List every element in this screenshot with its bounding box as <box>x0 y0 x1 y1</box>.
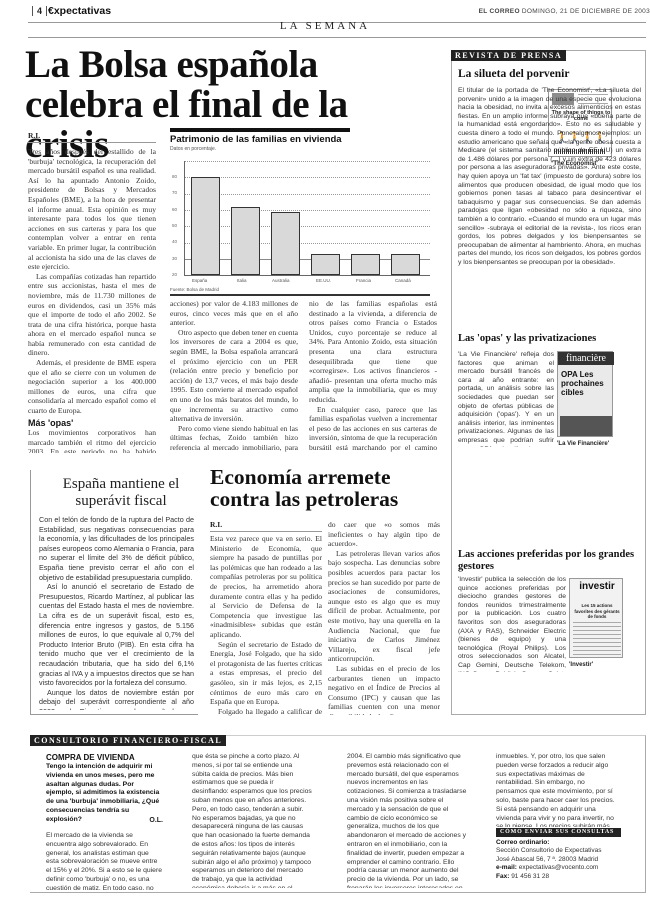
paragraph: acciones) por valor de 4.183 millones de… <box>170 299 298 328</box>
mail-label: Correo ordinario: <box>496 839 621 847</box>
lead-column-2: acciones) por valor de 4.183 millones de… <box>170 299 298 454</box>
mail-line-1: Sección Consultorio de Expectativas <box>496 847 621 855</box>
gridline <box>185 210 430 211</box>
investir-caption: 'Investir' <box>569 662 593 668</box>
press-item-3-headline: Las acciones preferidas por los grandes … <box>458 549 638 573</box>
fax-number: 91 456 31 28 <box>511 873 549 880</box>
y-axis-ticks: 80 70 60 50 40 30 20 <box>172 161 184 277</box>
thumb-columns <box>573 619 621 655</box>
email-row: e-mail: expectativas@vocento.com <box>496 864 621 872</box>
gridline <box>185 161 430 162</box>
x-tick: España <box>192 278 207 283</box>
gridline <box>185 226 430 227</box>
consultorio-answer-col-3: 2004. El cambio más significativo que pr… <box>347 753 467 888</box>
lead-byline: R.I. <box>28 131 156 143</box>
paragraph: Pero como viene siendo habitual en las ú… <box>170 424 298 454</box>
contact-block: CÓMO ENVIAR SUS CONSULTAS Correo ordinar… <box>496 828 621 881</box>
gridline <box>185 243 430 244</box>
consultorio-topic: COMPRA DE VIVIENDA <box>46 753 135 762</box>
x-axis-labels: España Italia Australia EE.UU. Francia C… <box>184 278 430 286</box>
press-item-1-text: El titular de la portada de 'The Economi… <box>458 87 641 327</box>
email-link[interactable]: expectativas@vocento.com <box>519 864 599 871</box>
y-tick: 40 <box>172 239 177 244</box>
consultorio-answer-col-2: que ésta se pinche a corto plazo. Al men… <box>192 753 312 888</box>
investir-cover-title: Les 15 actions favorites des gérants de … <box>573 603 621 620</box>
paragraph: Los movimientos corporativos han marcado… <box>28 428 156 453</box>
chart-top-rule <box>170 128 350 132</box>
superavit-body: Con el telón de fondo de la ruptura del … <box>39 515 194 710</box>
paragraph: Así lo anunció el secretario de Estado d… <box>39 582 194 688</box>
paragraph: Aunque los datos de noviembre están por … <box>39 688 194 710</box>
consultorio-kicker: CONSULTORIO FINANCIERO-FISCAL <box>30 735 226 746</box>
housing-wealth-chart: Patrimonio de las familias en vivienda D… <box>170 128 430 296</box>
paragraph: Folgado ha llegado a calificar de «irres… <box>210 707 322 716</box>
petroleras-byline: R.I. <box>210 520 322 532</box>
press-item-2-text: 'La Vie Financière' refleja dos factores… <box>458 351 554 447</box>
consultorio-question: Tengo la intención de adquirir mi vivien… <box>46 763 163 825</box>
publication-name: EL CORREO <box>479 8 520 15</box>
investir-cover-thumbnail: investir Les 15 actions favorites des gé… <box>569 578 623 658</box>
paragraph: Las compañías cotizadas han repartido en… <box>28 272 156 358</box>
paragraph: Las subidas en el precio de los carburan… <box>328 664 440 715</box>
petroleras-column-2: do caer que «o somos más ineficientes o … <box>328 520 440 715</box>
bar-francia <box>351 254 380 275</box>
petroleras-column-1: Esta vez parece que va en serio. El Mini… <box>210 534 322 716</box>
bar-espana <box>191 177 220 275</box>
chart-source: Fuente: Bolsa de Madrid <box>170 287 219 292</box>
bar-australia <box>271 212 300 275</box>
y-tick: 30 <box>172 256 177 261</box>
consultorio-answer-col-4: inmuebles. Y, por otro, los que salen pu… <box>496 753 616 827</box>
email-label: e-mail: <box>496 864 517 871</box>
consultorio-box: CONSULTORIO FINANCIERO-FISCAL COMPRA DE … <box>30 735 646 893</box>
paragraph: Según el secretario de Estado de Energía… <box>210 640 322 707</box>
paragraph: Con el telón de fondo de la ruptura del … <box>39 515 194 582</box>
fax-label: Fax: <box>496 873 509 880</box>
vie-financiere-cover-title: OPA Les prochaines cibles <box>561 370 611 397</box>
vie-financiere-caption: 'La Vie Financière' <box>557 441 609 447</box>
bar-eeuu <box>311 254 340 275</box>
press-item-3-text: 'Investir' publica la selección de los q… <box>458 576 566 672</box>
investir-masthead: investir <box>570 581 624 592</box>
press-review-sidebar: REVISTA DE PRENSA La silueta del porveni… <box>451 50 646 715</box>
vie-financiere-masthead: financière <box>558 352 614 365</box>
gridline <box>185 194 430 195</box>
x-tick: Canadá <box>395 278 411 283</box>
petroleras-headline: Economía arremete contra las petroleras <box>210 466 440 510</box>
superavit-headline: España mantiene el superávit fiscal <box>51 476 191 510</box>
x-tick: Italia <box>237 278 247 283</box>
press-item-2-headline: Las 'opas' y las privatizaciones <box>458 333 596 344</box>
paragraph: Además, el presidente de BME espera que … <box>28 358 156 416</box>
x-tick: Francia <box>356 278 371 283</box>
y-tick: 20 <box>172 272 177 277</box>
issue-date: DOMINGO, 21 DE DICIEMBRE DE 2003 <box>522 8 650 15</box>
consultorio-signature: O.L. <box>46 817 163 824</box>
thumb-photo <box>560 416 612 436</box>
section-rule <box>28 37 646 38</box>
lead-column-1: Tres años después del estallido de la 'b… <box>28 147 156 453</box>
chart-plot-area <box>184 161 430 276</box>
lead-column-3: nio de las familias españolas está desti… <box>309 299 437 454</box>
superavit-box: España mantiene el superávit fiscal Con … <box>30 470 198 715</box>
publication-date: EL CORREO DOMINGO, 21 DE DICIEMBRE DE 20… <box>479 8 650 15</box>
x-tick: Australia <box>272 278 290 283</box>
section-logo: €xpectativas <box>48 5 111 17</box>
section-title: LA SEMANA <box>0 20 650 32</box>
chart-title: Patrimonio de las familias en vivienda <box>170 134 342 145</box>
page-header: 4 €xpectativas EL CORREO DOMINGO, 21 DE … <box>26 6 650 20</box>
press-item-1-headline: La silueta del porvenir <box>458 68 570 80</box>
fax-row: Fax: 91 456 31 28 <box>496 873 621 881</box>
x-tick: EE.UU. <box>316 278 331 283</box>
paragraph: Tres años después del estallido de la 'b… <box>28 147 156 272</box>
contact-details: Correo ordinario: Sección Consultorio de… <box>496 839 621 881</box>
bar-italia <box>231 207 260 275</box>
chart-subtitle: Datos en porcentaje. <box>170 146 216 152</box>
gridline <box>185 177 430 178</box>
bar-canada <box>391 254 420 275</box>
lead-subhead: Más 'opas' <box>28 419 156 429</box>
paragraph: Otro aspecto que deben tener en cuenta l… <box>170 328 298 424</box>
paragraph: En cualquier caso, parece que las famili… <box>309 405 437 454</box>
paragraph: Esta vez parece que va en serio. El Mini… <box>210 534 322 640</box>
paragraph: do caer que «o somos más ineficientes o … <box>328 520 440 549</box>
vie-financiere-cover-thumbnail: financière OPA Les prochaines cibles <box>557 351 613 437</box>
contact-kicker: CÓMO ENVIAR SUS CONSULTAS <box>496 828 621 837</box>
paragraph: nio de las familias españolas está desti… <box>309 299 437 405</box>
chart-bottom-rule <box>170 294 430 296</box>
paragraph: Las petroleras llevan varios años bajo s… <box>328 549 440 664</box>
consultorio-answer-col-1: El mercado de la vivienda se encuentra a… <box>46 832 163 890</box>
press-review-kicker: REVISTA DE PRENSA <box>451 50 566 61</box>
y-tick: 70 <box>172 190 177 195</box>
y-tick: 50 <box>172 223 177 228</box>
mail-line-2: José Abascal 56, 7 ª. 28003 Madrid <box>496 856 621 864</box>
y-tick: 60 <box>172 207 177 212</box>
y-tick: 80 <box>172 174 177 179</box>
page-number: 4 <box>32 6 47 16</box>
